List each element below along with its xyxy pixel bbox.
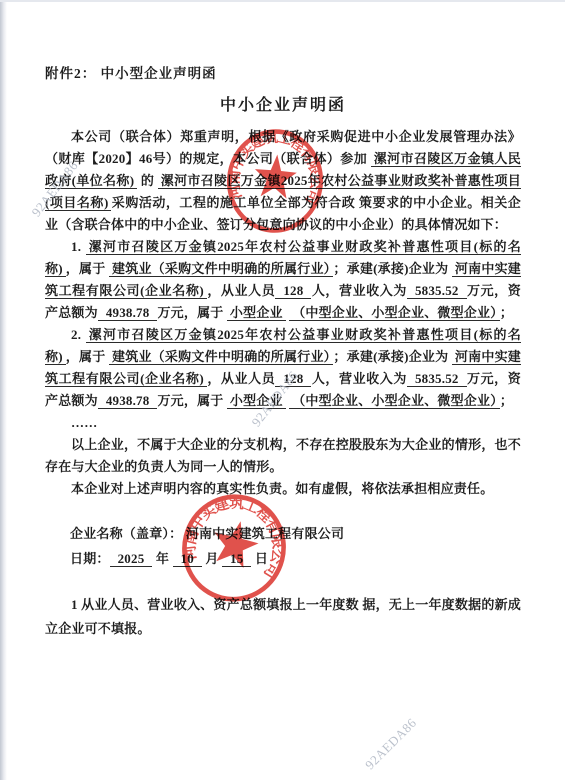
company-label: 企业名称（盖章）： (70, 526, 186, 541)
footnote-block: 1 从业人员、营业收入、资产总额填报上一年度数 据，无上一年度数据的新成立企业可… (45, 593, 521, 641)
date-line: 日期：2025 年 10 月 15 日 (70, 547, 521, 572)
item-text: ； (500, 305, 513, 320)
date-label: 日期： (70, 551, 110, 566)
footnote-text: 1 从业人员、营业收入、资产总额填报上一年度数 据，无上一年度数据的新成立企业可… (45, 593, 521, 641)
company-value: 河南中实建筑工程有限公司 (186, 526, 344, 541)
page-title: 中小企业声明函 (45, 94, 521, 118)
page-edge-shadow (0, 0, 7, 780)
company-seal-line: 企业名称（盖章）： 河南中实建筑工程有限公司 (70, 522, 521, 547)
date-text: 年 (156, 551, 169, 566)
date-month-filled: 10 (173, 551, 202, 567)
closing-paragraph-1: 以上企业，不属于大企业的分支机构，不存在控股股东为大企业的情形，也不存在与大企业… (45, 434, 521, 478)
date-day-filled: 15 (222, 551, 251, 567)
industry-filled: 建筑业（采购文件中明确的所属行业） (109, 349, 333, 365)
document-page: 附件2： 中小型企业声明函 中小企业声明函 本公司（联合体）郑重声明，根据《政府… (45, 64, 521, 641)
industry-filled: 建筑业（采购文件中明确的所属行业） (109, 261, 333, 277)
date-text: 日 (255, 551, 268, 566)
item-text: 万元，属于 (157, 393, 226, 408)
item-1-paragraph: 1. 漯河市召陵区万金镇2025年农村公益事业财政奖补普惠性项目(标的名称)，属… (45, 236, 521, 324)
item-text: ，属于 (66, 261, 109, 276)
item-text: ，从业人员 (207, 283, 275, 298)
enterprise-size-filled: 小型企业 (227, 305, 286, 321)
attachment-label: 附件2： 中小型企业声明函 (45, 64, 521, 84)
staff-count-filled: 128 (275, 283, 311, 299)
item-text: 万元，属于 (157, 305, 226, 320)
ellipsis-line: …… (45, 412, 521, 434)
closing-paragraph-2: 本企业对上述声明内容的真实性负责。如有虚假，将依法承担相应责任。 (45, 478, 521, 500)
signature-block: 企业名称（盖章）： 河南中实建筑工程有限公司 日期：2025 年 10 月 15… (70, 522, 521, 571)
item-text: 人，营业收入为 (311, 371, 407, 386)
date-year-filled: 2025 (110, 551, 153, 567)
item-number: 1. (71, 239, 86, 254)
item-text: ，属于 (66, 349, 109, 364)
item-number: 2. (71, 327, 86, 342)
item-text: ； (500, 393, 513, 408)
intro-paragraph: 本公司（联合体）郑重声明，根据《政府采购促进中小企业发展管理办法》（财库【202… (45, 126, 521, 236)
size-options: （中型企业、小型企业、微型企业） (289, 305, 500, 321)
item-text: ；承建(承接)企业为 (333, 349, 451, 364)
document-body: 本公司（联合体）郑重声明，根据《政府采购促进中小企业发展管理办法》（财库【202… (45, 126, 521, 500)
item-text: 人，营业收入为 (311, 283, 407, 298)
revenue-filled: 5835.52 (407, 283, 467, 299)
revenue-filled: 5835.52 (407, 371, 467, 387)
date-text: 月 (205, 551, 218, 566)
assets-filled: 4938.78 (98, 305, 158, 321)
watermark-text: 92AEDA86 (362, 715, 420, 773)
intro-post: 采购活动，工程的施工单位全部为符合政 策要求的中小企业。相关企业（含联合体中的中… (45, 195, 521, 232)
intro-mid: 的 (137, 173, 158, 188)
item-text: ；承建(承接)企业为 (333, 261, 451, 276)
page-top-edge (0, 0, 565, 2)
size-options: （中型企业、小型企业、微型企业） (289, 393, 500, 409)
assets-filled: 4938.78 (98, 393, 158, 409)
item-text: ，从业人员 (207, 371, 275, 386)
